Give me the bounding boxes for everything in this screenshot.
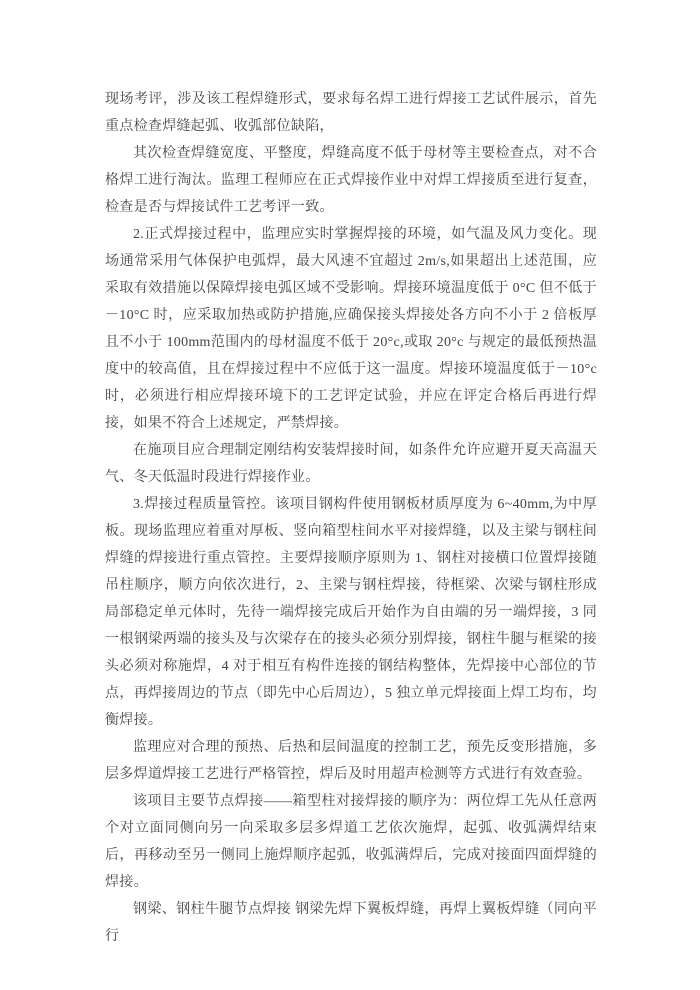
document-page: 现场考评，涉及该工程焊缝形式，要求每名焊工进行焊接工艺试件展示，首先重点检查焊缝… — [0, 0, 700, 990]
paragraph-welding-schedule: 在施项目应合理制定刚结构安装焊接时间，如条件允许应避开夏天高温天气、冬天低温时段… — [105, 437, 597, 491]
paragraph-box-column-welding-order: 该项目主要节点焊接——箱型柱对接焊接的顺序为：两位焊工先从任意两个对立面同侧向另… — [105, 788, 597, 896]
paragraph-temperature-control: 监理应对合理的预热、后热和层间温度的控制工艺，预先反变形措施，多层多焊道焊接工艺… — [105, 734, 597, 788]
paragraph-welding-environment: 2.正式焊接过程中，监理应实时掌握焊接的环境，如气温及风力变化。现场通常采用气体… — [105, 221, 597, 437]
paragraph-beam-bracket-welding: 钢梁、钢柱牛腿节点焊接 钢梁先焊下翼板焊缝，再焊上翼板焊缝（同向平行 — [105, 896, 597, 950]
paragraph-continuation: 现场考评，涉及该工程焊缝形式，要求每名焊工进行焊接工艺试件展示，首先重点检查焊缝… — [105, 86, 597, 140]
document-text-body: 现场考评，涉及该工程焊缝形式，要求每名焊工进行焊接工艺试件展示，首先重点检查焊缝… — [105, 86, 597, 950]
paragraph-inspection-points: 其次检查焊缝宽度、平整度，焊缝高度不低于母材等主要检查点，对不合格焊工进行淘汰。… — [105, 140, 597, 221]
paragraph-process-quality-control: 3.焊接过程质量管控。该项目钢构件使用钢板材质厚度为 6~40mm,为中厚板。现… — [105, 491, 597, 734]
